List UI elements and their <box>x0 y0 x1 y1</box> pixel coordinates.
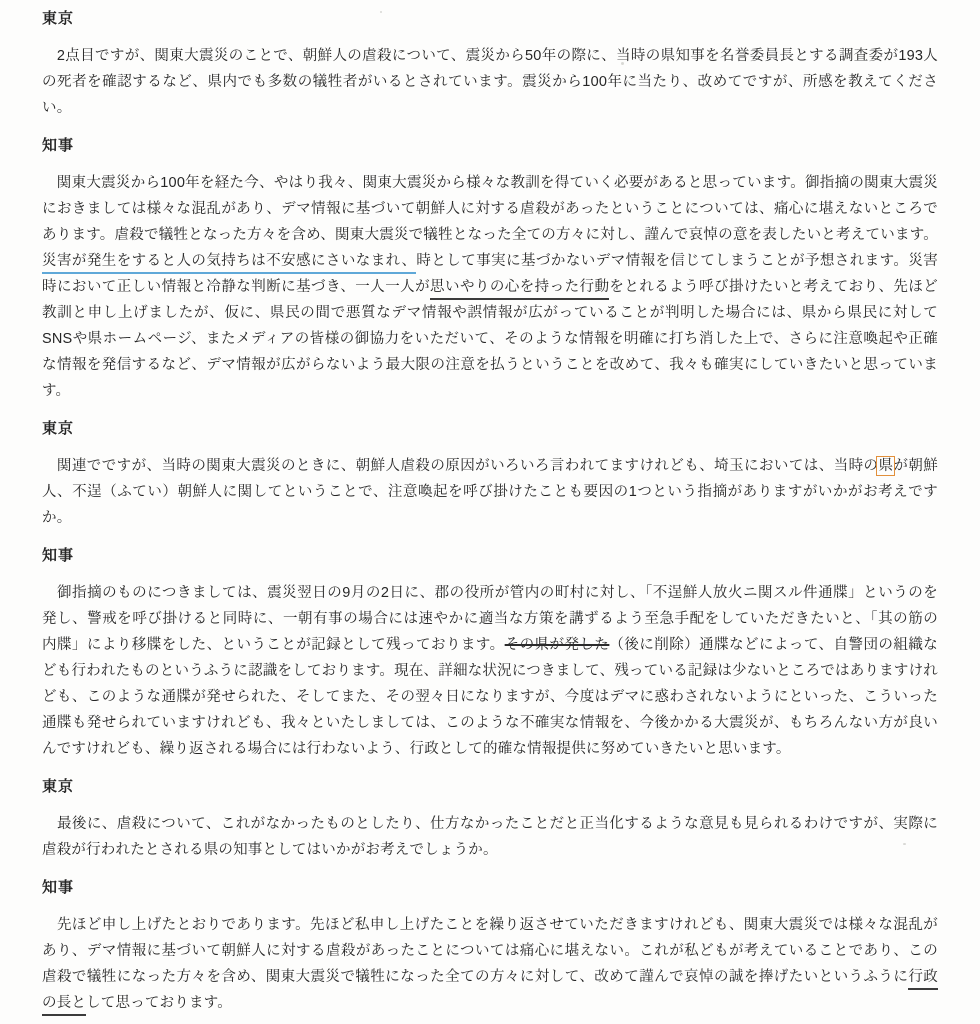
transcript-line: あり、デマ情報に基づいて朝鮮人に対する虐殺があったことについては痛心に堪えない。… <box>42 938 938 964</box>
transcript-line: 内牒」により移牒をした、ということが記録として残っております。その県が発した（後… <box>42 632 938 658</box>
text-segment: 先ほど申し上げたとおりであります。先ほど私申し上げたことを繰り返させていただきま… <box>42 917 938 933</box>
transcript-line: の死者を確認するなど、県内でも多数の犠牲者がいるとされています。震災から100年… <box>42 69 938 95</box>
transcript-line: 教訓と申し上げましたが、仮に、県民の間で悪質なデマ情報や誤情報が広がっていること… <box>42 300 938 326</box>
text-segment: んですけれども、繰り返される場合には行わないよう、行政として的確な情報提供に努め… <box>42 741 791 757</box>
paragraph: 御指摘のものにつきましては、震災翌日の9月の2日に、郡の役所が管内の町村に対し、… <box>42 580 938 762</box>
text-segment: 発し、警戒を呼び掛けると同時に、一朝有事の場合には速やかに適当な方策を講ずるよう… <box>42 611 938 627</box>
underline-annotation: の長と <box>42 995 86 1016</box>
text-segment: ども、このような通牒が発せられた、そしてまた、その翌々日になりますが、今度はデマ… <box>42 689 938 705</box>
text-segment: をとれるよう呼び掛けたいと考えており、先ほど <box>609 279 938 295</box>
transcript-line: 災害が発生をすると人の気持ちは不安感にさいなまれ、時として事実に基づかないデマ情… <box>42 248 938 274</box>
transcript-line: SNSや県ホームページ、またメディアの皆様の御協力をいただいて、そのような情報を… <box>42 326 938 352</box>
transcript-line: な情報を発信するなど、デマ情報が広がらないよう最大限の注意を払うということを改め… <box>42 352 938 378</box>
paragraph: 関連でですが、当時の関東大震災のときに、朝鮮人虐殺の原因がいろいろ言われてますけ… <box>42 453 938 531</box>
scan-speck <box>380 11 382 13</box>
transcript-line: 関連でですが、当時の関東大震災のときに、朝鮮人虐殺の原因がいろいろ言われてますけ… <box>42 453 938 479</box>
paragraph: 関東大震災から100年を経た今、やはり我々、関東大震災から様々な教訓を得ていく必… <box>42 170 938 404</box>
transcript-line: 人、不逞（ふてい）朝鮮人に関してということで、注意喚起を呼び掛けたことも要因の1… <box>42 479 938 505</box>
transcript-line: 2点目ですが、関東大震災のことで、朝鮮人の虐殺について、震災から50年の際に、当… <box>42 43 938 69</box>
transcript-line: い。 <box>42 95 938 121</box>
transcript-line: か。 <box>42 505 938 531</box>
transcript-line: ども、このような通牒が発せられた、そしてまた、その翌々日になりますが、今度はデマ… <box>42 684 938 710</box>
blue-annotation: 災害が発生をすると人の気持ちは不安感にさいなまれ、 <box>42 253 416 274</box>
text-segment: 通牒も発せられていますけれども、我々といたしましては、このような不確実な情報を、… <box>42 715 938 731</box>
text-segment: 最後に、虐殺について、これがなかったものとしたり、仕方なかったことだと正当化する… <box>42 816 938 832</box>
transcript-line: 虐殺で犠牲になった方々を含め、関東大震災で犠牲になった全ての方々に対して、改めて… <box>42 964 938 990</box>
speaker-label: 知事 <box>42 133 938 159</box>
transcript-line: の長として思っております。 <box>42 990 938 1016</box>
text-segment: 御指摘のものにつきましては、震災翌日の9月の2日に、郡の役所が管内の町村に対し、… <box>42 585 938 601</box>
transcript-line: 通牒も発せられていますけれども、我々といたしましては、このような不確実な情報を、… <box>42 710 938 736</box>
transcript-line: んですけれども、繰り返される場合には行わないよう、行政として的確な情報提供に努め… <box>42 736 938 762</box>
text-segment: あり、デマ情報に基づいて朝鮮人に対する虐殺があったことについては痛心に堪えない。… <box>42 943 938 959</box>
pencil-annotation: 思いやりの心を持った行動 <box>430 279 609 300</box>
text-segment: の死者を確認するなど、県内でも多数の犠牲者がいるとされています。震災から100年… <box>42 74 938 90</box>
scanned-transcript-page: 東京 2点目ですが、関東大震災のことで、朝鮮人の虐殺について、震災から50年の際… <box>0 0 980 1024</box>
text-segment: 2点目ですが、関東大震災のことで、朝鮮人の虐殺について、震災から50年の際に、当… <box>42 48 938 64</box>
text-segment: 時として事実に基づかないデマ情報を信じてしまうことが予想されます。災害 <box>416 253 938 269</box>
text-segment: す。 <box>42 383 70 399</box>
text-segment: SNSや県ホームページ、またメディアの皆様の御協力をいただいて、そのような情報を… <box>42 331 938 347</box>
text-segment: が朝鮮 <box>893 458 938 474</box>
paragraph: 先ほど申し上げたとおりであります。先ほど私申し上げたことを繰り返させていただきま… <box>42 912 938 1016</box>
speaker-label: 東京 <box>42 774 938 800</box>
transcript-line: におきましては様々な混乱があり、デマ情報に基づいて朝鮮人に対する虐殺があったとい… <box>42 196 938 222</box>
text-segment: （後に削除）通牒などによって、自警団の組織な <box>609 637 938 653</box>
box-annotation: 県 <box>878 458 893 474</box>
text-segment: ども行われたものというふうに認識をしております。現在、詳細な状況につきまして、残… <box>42 663 938 679</box>
text-segment: 教訓と申し上げましたが、仮に、県民の間で悪質なデマ情報や誤情報が広がっていること… <box>42 305 938 321</box>
transcript-line: 御指摘のものにつきましては、震災翌日の9月の2日に、郡の役所が管内の町村に対し、… <box>42 580 938 606</box>
text-segment: して思っております。 <box>86 995 232 1011</box>
text-segment: 内牒」により移牒をした、ということが記録として残っております。 <box>42 637 505 653</box>
speaker-label: 知事 <box>42 875 938 901</box>
text-segment: 虐殺が行われたとされる県の知事としてはいかがお考えでしょうか。 <box>42 842 498 858</box>
transcript: 東京 2点目ですが、関東大震災のことで、朝鮮人の虐殺について、震災から50年の際… <box>42 6 938 1016</box>
underline-annotation: 行政 <box>908 969 938 990</box>
transcript-line: 発し、警戒を呼び掛けると同時に、一朝有事の場合には速やかに適当な方策を講ずるよう… <box>42 606 938 632</box>
text-segment: い。 <box>42 100 71 116</box>
transcript-line: あります。虐殺で犠牲となった方々を含め、関東大震災で犠牲となった全ての方々に対し… <box>42 222 938 248</box>
transcript-line: 最後に、虐殺について、これがなかったものとしたり、仕方なかったことだと正当化する… <box>42 811 938 837</box>
speaker-label: 知事 <box>42 543 938 569</box>
text-segment: な情報を発信するなど、デマ情報が広がらないよう最大限の注意を払うということを改め… <box>42 357 938 373</box>
transcript-line: 関東大震災から100年を経た今、やはり我々、関東大震災から様々な教訓を得ていく必… <box>42 170 938 196</box>
speaker-label: 東京 <box>42 416 938 442</box>
text-segment: か。 <box>42 510 71 526</box>
text-segment: 虐殺で犠牲になった方々を含め、関東大震災で犠牲になった全ての方々に対して、改めて… <box>42 969 908 985</box>
strike-annotation: その県が発した <box>505 637 610 653</box>
text-segment: 関連でですが、当時の関東大震災のときに、朝鮮人虐殺の原因がいろいろ言われてますけ… <box>42 458 878 474</box>
paragraph: 最後に、虐殺について、これがなかったものとしたり、仕方なかったことだと正当化する… <box>42 811 938 863</box>
transcript-line: す。 <box>42 378 938 404</box>
transcript-line: 時において正しい情報と冷静な判断に基づき、一人一人が思いやりの心を持った行動をと… <box>42 274 938 300</box>
text-segment: におきましては様々な混乱があり、デマ情報に基づいて朝鮮人に対する虐殺があったとい… <box>42 201 938 217</box>
text-segment: 時において正しい情報と冷静な判断に基づき、一人一人が <box>42 279 430 295</box>
transcript-line: 虐殺が行われたとされる県の知事としてはいかがお考えでしょうか。 <box>42 837 938 863</box>
scan-speck <box>903 843 906 845</box>
transcript-line: ども行われたものというふうに認識をしております。現在、詳細な状況につきまして、残… <box>42 658 938 684</box>
paragraph: 2点目ですが、関東大震災のことで、朝鮮人の虐殺について、震災から50年の際に、当… <box>42 43 938 121</box>
transcript-line: 先ほど申し上げたとおりであります。先ほど私申し上げたことを繰り返させていただきま… <box>42 912 938 938</box>
text-segment: あります。虐殺で犠牲となった方々を含め、関東大震災で犠牲となった全ての方々に対し… <box>42 227 938 243</box>
scan-speck <box>621 62 624 65</box>
text-segment: 人、不逞（ふてい）朝鮮人に関してということで、注意喚起を呼び掛けたことも要因の1… <box>42 484 938 500</box>
speaker-label: 東京 <box>42 6 938 32</box>
text-segment: 関東大震災から100年を経た今、やはり我々、関東大震災から様々な教訓を得ていく必… <box>42 175 938 191</box>
